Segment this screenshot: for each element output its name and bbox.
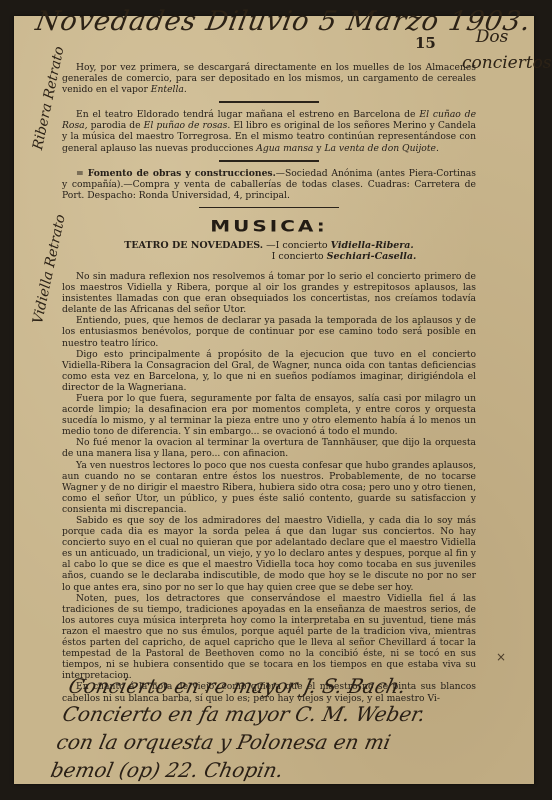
review-paragraph: Digo esto principalmente á propósito de …	[62, 349, 476, 393]
review-paragraph: No fué menor la ovacion al terminar la o…	[62, 437, 476, 459]
article-column: Hoy, por vez primera, se descargará dire…	[62, 62, 476, 704]
review-paragraph: No sin madura reflexion nos resolvemos á…	[62, 271, 476, 315]
theatre-heading: TEATRO DE NOVEDADES. —I concierto Vidiel…	[62, 240, 476, 263]
separator	[219, 160, 319, 162]
program-line: con la orquesta y Polonesa en mi	[54, 728, 520, 756]
x-mark: ×	[496, 650, 506, 664]
page-number: 15	[415, 34, 436, 52]
handwritten-program: Concierto en re mayor J. S. Bach. Concie…	[48, 672, 532, 784]
program-line: Concierto en re mayor J. S. Bach.	[66, 672, 532, 700]
review-paragraph: Sabido es que soy de los admiradores del…	[62, 515, 476, 593]
intro-paragraph: Hoy, por vez primera, se descargará dire…	[62, 62, 476, 95]
handwritten-title: Novedades Diluvio 5 Marzo 1903.	[33, 6, 533, 37]
review-paragraph: Fuera por lo que fuera, seguramente por …	[62, 393, 476, 437]
separator	[219, 101, 319, 103]
review-paragraph: Noten, pues, los detractores que conserv…	[62, 593, 476, 682]
review-paragraph: Ya ven nuestros lectores lo poco que nos…	[62, 460, 476, 515]
fomento-ad: = Fomento de obras y construcciones.—Soc…	[62, 168, 476, 201]
eldorado-paragraph: En el teatro Eldorado tendrá lugar mañan…	[62, 109, 476, 153]
section-title: MUSICA:	[62, 216, 476, 235]
program-line: bemol (op) 22. Chopin.	[48, 756, 514, 784]
review-paragraph: Entiendo, pues, que hemos de declarar ya…	[62, 315, 476, 348]
ship-name: Entella.	[151, 84, 187, 95]
program-line: Concierto en fa mayor C. M. Weber.	[60, 700, 526, 728]
separator	[199, 207, 339, 208]
